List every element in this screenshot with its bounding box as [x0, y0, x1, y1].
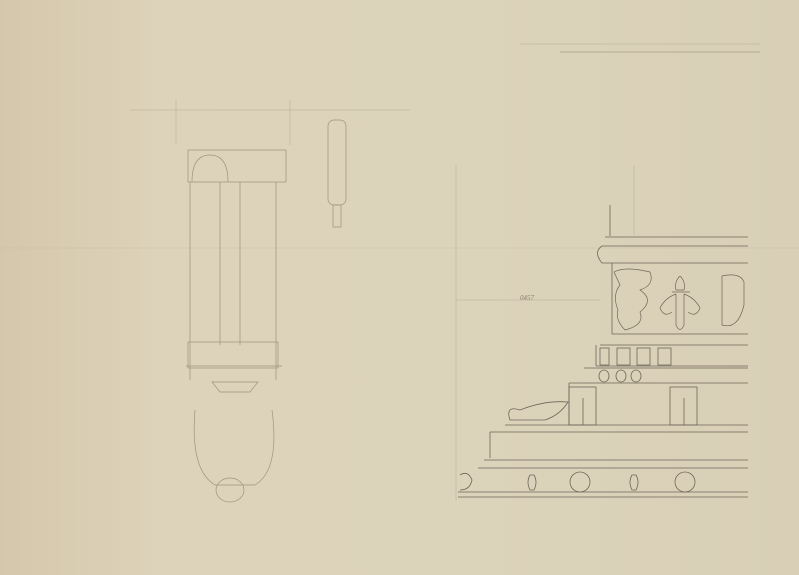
- dimension-label: 0457: [520, 294, 534, 302]
- architectural-drawing: [0, 0, 799, 575]
- drawing-sheet: 0457: [0, 0, 799, 575]
